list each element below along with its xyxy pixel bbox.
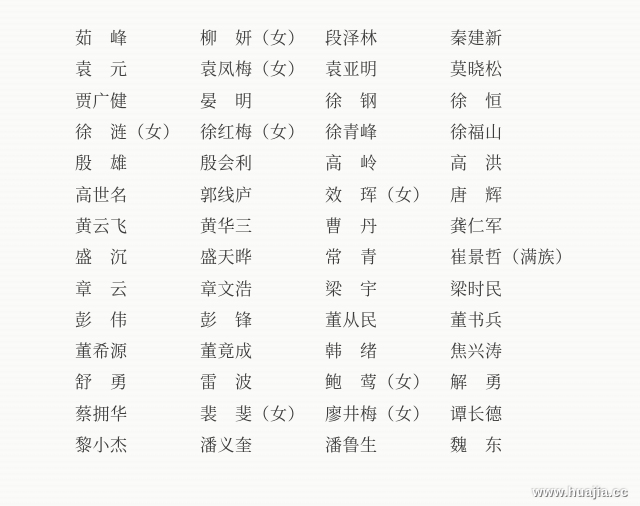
name-cell: 潘义奎: [200, 437, 325, 454]
name-table: 茹 峰柳 妍（女）段泽林秦建新袁 元袁凤梅（女）袁亚明莫晓松贾广健晏 明徐 钢徐…: [75, 23, 640, 461]
name-cell: 盛 沉: [75, 249, 200, 266]
name-cell: 高 洪: [450, 155, 640, 172]
name-cell: 秦建新: [450, 30, 640, 47]
name-cell: 徐 钢: [325, 93, 450, 110]
name-cell: 韩 绪: [325, 343, 450, 360]
name-cell: 高世名: [75, 187, 200, 204]
name-cell: 徐青峰: [325, 124, 450, 141]
name-cell: 鲍 莺（女）: [325, 374, 450, 391]
name-cell: 雷 波: [200, 374, 325, 391]
name-cell: 曹 丹: [325, 218, 450, 235]
name-cell: 殷 雄: [75, 155, 200, 172]
name-cell: 谭长德: [450, 406, 640, 423]
name-cell: 晏 明: [200, 93, 325, 110]
name-cell: 蔡拥华: [75, 406, 200, 423]
name-cell: 彭 锋: [200, 312, 325, 329]
name-cell: 段泽林: [325, 30, 450, 47]
name-cell: 董竟成: [200, 343, 325, 360]
name-cell: 焦兴涛: [450, 343, 640, 360]
name-cell: 黄华三: [200, 218, 325, 235]
name-cell: 潘鲁生: [325, 437, 450, 454]
name-cell: 徐 涟（女）: [75, 124, 200, 141]
name-cell: 魏 东: [450, 437, 640, 454]
name-cell: 黎小杰: [75, 437, 200, 454]
name-cell: 裴 斐（女）: [200, 406, 325, 423]
name-cell: 高 岭: [325, 155, 450, 172]
name-cell: 解 勇: [450, 374, 640, 391]
document-page: 茹 峰柳 妍（女）段泽林秦建新袁 元袁凤梅（女）袁亚明莫晓松贾广健晏 明徐 钢徐…: [0, 0, 640, 506]
name-cell: 徐 恒: [450, 93, 640, 110]
name-cell: 章 云: [75, 281, 200, 298]
name-cell: 董书兵: [450, 312, 640, 329]
site-watermark: www.huajia.cc: [532, 484, 628, 499]
name-cell: 唐 辉: [450, 187, 640, 204]
name-cell: 效 珲（女）: [325, 187, 450, 204]
name-cell: 莫晓松: [450, 61, 640, 78]
name-cell: 茹 峰: [75, 30, 200, 47]
name-cell: 董希源: [75, 343, 200, 360]
name-cell: 郭线庐: [200, 187, 325, 204]
name-cell: 徐红梅（女）: [200, 124, 325, 141]
name-cell: 崔景哲（满族）: [450, 249, 640, 266]
name-cell: 章文浩: [200, 281, 325, 298]
name-cell: 盛天晔: [200, 249, 325, 266]
name-cell: 常 青: [325, 249, 450, 266]
name-cell: 梁时民: [450, 281, 640, 298]
name-cell: 廖井梅（女）: [325, 406, 450, 423]
name-cell: 袁凤梅（女）: [200, 61, 325, 78]
name-cell: 舒 勇: [75, 374, 200, 391]
name-cell: 殷会利: [200, 155, 325, 172]
name-cell: 彭 伟: [75, 312, 200, 329]
name-cell: 龚仁军: [450, 218, 640, 235]
name-cell: 袁 元: [75, 61, 200, 78]
name-cell: 徐福山: [450, 124, 640, 141]
name-cell: 黄云飞: [75, 218, 200, 235]
name-cell: 董从民: [325, 312, 450, 329]
name-cell: 柳 妍（女）: [200, 30, 325, 47]
name-cell: 梁 宇: [325, 281, 450, 298]
name-cell: 袁亚明: [325, 61, 450, 78]
name-cell: 贾广健: [75, 93, 200, 110]
